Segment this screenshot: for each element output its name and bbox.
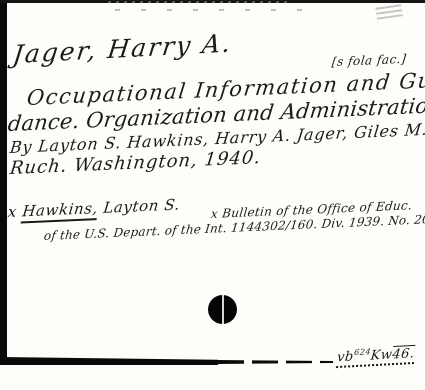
tracing-author-underlined: Hawkins, bbox=[21, 199, 99, 223]
scanned-catalog-card-image: Jager, Harry A. [s fola fac.] Occupation… bbox=[0, 0, 425, 390]
shelfmark-overlined: 46. bbox=[392, 346, 416, 362]
hole-punch bbox=[208, 295, 237, 324]
scan-bottom-edge-dashes bbox=[218, 360, 333, 364]
shelfmark-superscript: 624 bbox=[354, 347, 372, 357]
tracing-author-entry: x Hawkins, Layton S. bbox=[7, 195, 181, 221]
scan-top-edge-dots bbox=[108, 1, 288, 3]
tracing-author-rest: Layton S. bbox=[97, 195, 181, 217]
shelfmark-mid: Kw bbox=[370, 347, 393, 363]
shelfmark-prefix: vb bbox=[336, 349, 354, 365]
scan-smudge-artifact bbox=[375, 2, 403, 19]
hole-punch-slit bbox=[222, 295, 224, 324]
shelfmark: vb624Kw46. bbox=[336, 345, 416, 369]
scan-dash-artifact bbox=[115, 9, 315, 11]
scan-left-edge bbox=[0, 3, 7, 363]
scan-bottom-edge bbox=[0, 357, 218, 365]
scan-top-edge bbox=[0, 0, 425, 3]
corner-annotation: [s fola fac.] bbox=[331, 52, 407, 69]
heading-author: Jager, Harry A. bbox=[11, 28, 234, 69]
